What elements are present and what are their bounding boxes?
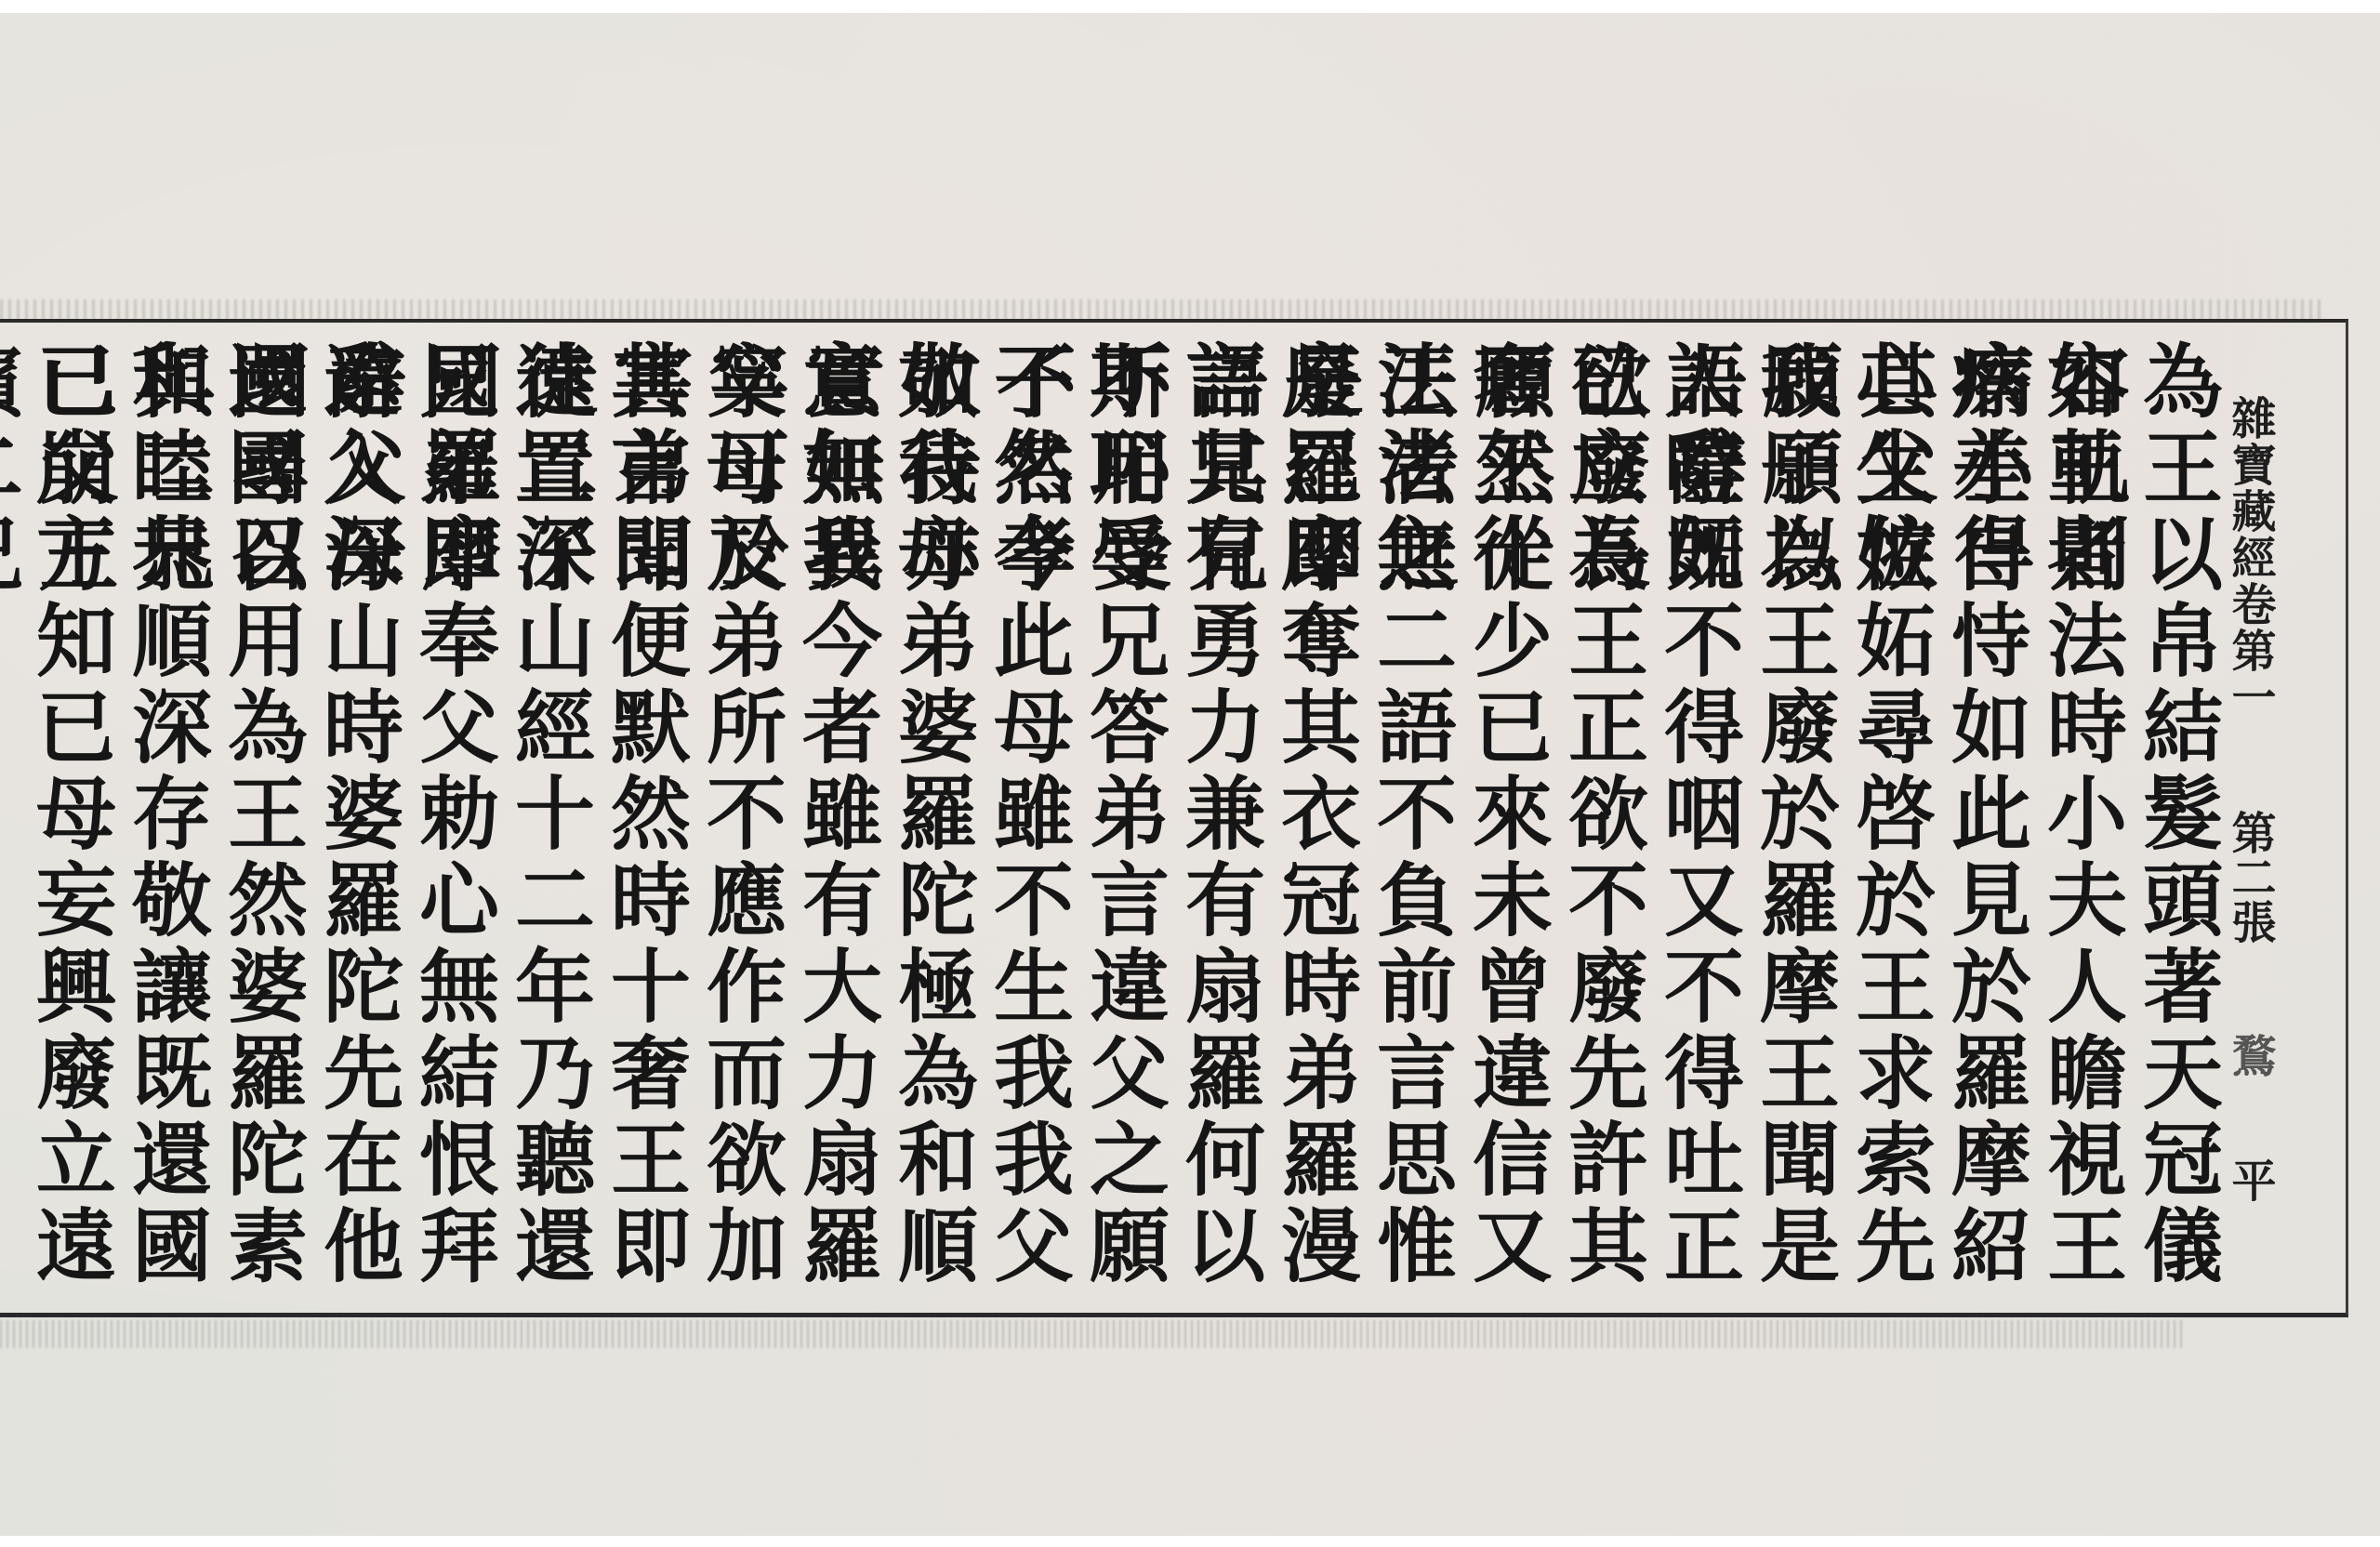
text-column: 遠入深山時婆羅陀先在他國尋召 (310, 339, 403, 1316)
margin-title: 雜寶藏經卷第一 (2222, 339, 2278, 721)
text-column: 子然今此母雖不生我我父敬待亦 (980, 339, 1073, 1316)
text-column: 兄弟即奉父勅心無結恨拜辭父母 (405, 339, 498, 1316)
text-column: 斯恥辱兄答弟言違父之願不名孝 (1076, 339, 1169, 1316)
text-block: 雜寶藏經卷第一 第二張 鶩 平 為王以帛結髮頭著天冠儀容軌則 如王者法時小夫人瞻… (0, 339, 2347, 1316)
text-column: 我子為王廢於羅摩王聞是語辭如 (1746, 339, 1839, 1316)
text-column: 還國以用為王然婆羅陀素與二兄 (214, 339, 307, 1316)
text-column: 和睦恭順深存敬讓既還國已父王 (118, 339, 211, 1316)
frame-ink-smudge-bottom (0, 1320, 2185, 1348)
margin-tone-mark: 平 (2222, 1157, 2278, 1202)
text-column: 法法無二語不負前言思惟是已即 (1363, 339, 1456, 1316)
text-column: 為王以帛結髮頭著天冠儀容軌則 (2129, 339, 2222, 1316)
text-column: 父母及弟所不應作而欲加害弟聞 (693, 339, 786, 1316)
margin-column: 雜寶藏經卷第一 第二張 鶩 平 (2222, 339, 2278, 1316)
text-column: 意如我今者雖有大力扇羅寧可於 (788, 339, 881, 1316)
scan-edge (0, 1536, 2380, 1547)
text-column: 廢羅摩奪其衣冠時弟羅漫語其兄 (1267, 339, 1360, 1316)
text-column: 人噎既不得咽又不得吐正欲廢長 (1650, 339, 1743, 1316)
text-column: 遠置深山經十二年乃聽還國羅摩 (501, 339, 594, 1316)
text-column: 奢王從少已來未曾違信又王者之 (1459, 339, 1552, 1316)
text-column: 瘵差自恃如此見於羅摩紹其父位 (1937, 339, 2030, 1316)
text-column: 言兄有勇力兼有扇羅何以不用受 (1171, 339, 1264, 1316)
text-column: 如我母弟婆羅陀極為和順實無異 (884, 339, 977, 1316)
margin-page-number: 第二張 (2222, 810, 2278, 944)
margin-mark: 鶩 (2222, 1033, 2278, 1078)
text-column: 心生嫉妬尋啓於王求索先願願以 (1842, 339, 1935, 1316)
text-column: 其言即便默然時十奢王即徙二子 (597, 339, 690, 1316)
text-column: 已崩方知已母妄興廢立遠擯二兄 (22, 339, 115, 1316)
text-column: 已立為王正欲不廢先許其願然十 (1554, 339, 1647, 1316)
text-column: 如王者法時小夫人瞻視王病小得 (2033, 339, 2126, 1316)
